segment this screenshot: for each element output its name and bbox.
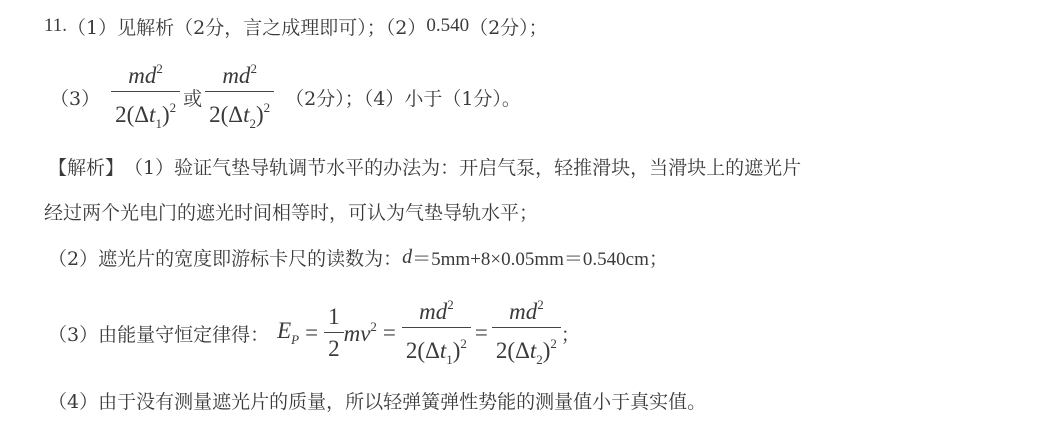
fraction-t2: md2 2(Δt2)2	[205, 56, 274, 138]
fraction-energy-t2: md2 2(Δt2)2	[492, 292, 561, 374]
analysis-line-2: 经过两个光电门的遮光时间相等时，可认为气垫导轨水平；	[44, 197, 538, 225]
analysis-part1-b: 经过两个光电门的遮光时间相等时，可认为气垫导轨水平；	[44, 198, 538, 225]
analysis-line-5: （4）由于没有测量遮光片的质量，所以轻弹簧弹性势能的测量值小于真实值。	[48, 386, 706, 414]
variable-d: d	[402, 246, 412, 269]
answer-line-2: （3） md2 2(Δt1)2 或 md2 2(Δt2)2 （2分）；（4）小于…	[50, 66, 521, 128]
fraction-t1: md2 2(Δt1)2	[111, 56, 180, 138]
answer-parts-1-2: （1）见解析（2分，言之成理即可）；（2）	[67, 13, 426, 40]
analysis-line-3: （2）遮光片的宽度即游标卡尺的读数为： d ＝5mm+8×0.05mm＝0.54…	[48, 243, 668, 271]
or-text: 或	[183, 84, 202, 111]
analysis-part1-a: （1）验证气垫导轨调节水平的办法为：开启气泵，轻推滑块，当滑块上的遮光片	[124, 153, 801, 180]
analysis-line-4: （3）由能量守恒定律得： EP = 1 2 mv2 = md2 2(Δt1)2 …	[48, 300, 580, 366]
fraction-energy-t1: md2 2(Δt1)2	[402, 292, 471, 374]
analysis-part2-prefix: （2）遮光片的宽度即游标卡尺的读数为：	[48, 244, 402, 271]
formula-ep: EP	[277, 318, 299, 348]
analysis-part3-prefix: （3）由能量守恒定律得：	[48, 320, 269, 347]
formula-mv2: mv2	[344, 319, 377, 347]
answer-tail: （2分）；（4）小于（1分）。	[285, 84, 521, 111]
fraction-half: 1 2	[324, 304, 344, 363]
answer-value-2: 0.540	[426, 15, 469, 37]
answer-label-3: （3）	[50, 84, 100, 111]
question-number: 11.	[44, 15, 67, 37]
analysis-part4: （4）由于没有测量遮光片的质量，所以轻弹簧弹性势能的测量值小于真实值。	[48, 387, 706, 414]
answer-score-2: （2分）；	[469, 13, 548, 40]
answer-line-1: 11. （1）见解析（2分，言之成理即可）；（2） 0.540 （2分）；	[44, 12, 548, 40]
analysis-part2-expr: ＝5mm+8×0.05mm＝0.540cm；	[412, 244, 668, 271]
analysis-heading: 【解析】	[48, 153, 124, 180]
analysis-line-1: 【解析】 （1）验证气垫导轨调节水平的办法为：开启气泵，轻推滑块，当滑块上的遮光…	[48, 152, 801, 180]
